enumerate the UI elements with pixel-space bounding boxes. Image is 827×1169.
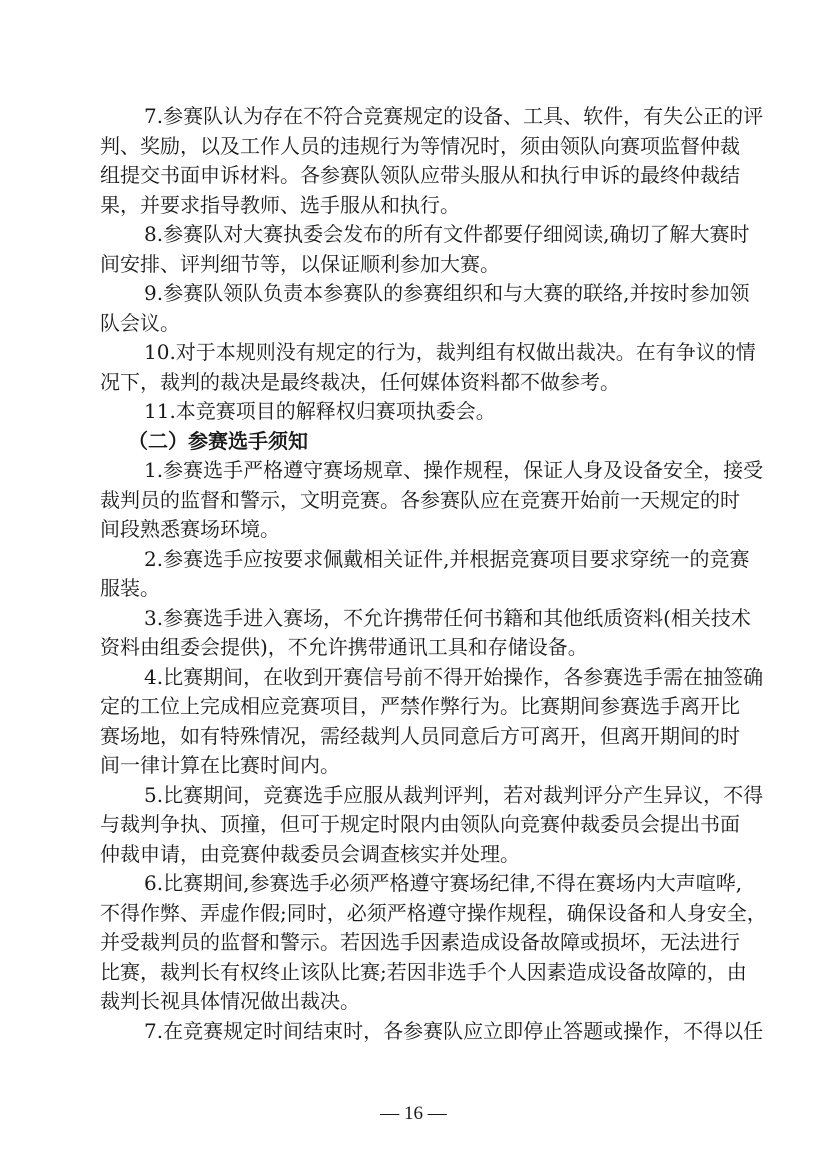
page-number: — 16 — (0, 1103, 827, 1125)
text-line: 资料由组委会提供)，不允许携带通讯工具和存储设备。 (100, 633, 730, 663)
text-line: 11.本竞赛项目的解释权归赛项执委会。 (100, 397, 730, 427)
text-line: 仲裁申请，由竞赛仲裁委员会调查核实并处理。 (100, 840, 730, 870)
text-line: 与裁判争执、顶撞，但可于规定时限内由领队向竞赛仲裁委员会提出书面 (100, 810, 730, 840)
section-heading: （二）参赛选手须知 (100, 427, 730, 457)
text-line: 7.在竞赛规定时间结束时，各参赛队应立即停止答题或操作，不得以任 (100, 1017, 730, 1047)
text-line: 7.参赛队认为存在不符合竞赛规定的设备、工具、软件，有失公正的评 (100, 102, 730, 132)
text-line: 间段熟悉赛场环境。 (100, 515, 730, 545)
text-line: 并受裁判员的监督和警示。若因选手因素造成设备故障或损坏，无法进行 (100, 928, 730, 958)
text-line: 9.参赛队领队负责本参赛队的参赛组织和与大赛的联络,并按时参加领 (100, 279, 730, 309)
text-line: 队会议。 (100, 309, 730, 339)
text-line: 间安排、评判细节等，以保证顺利参加大赛。 (100, 250, 730, 280)
text-line: 服装。 (100, 574, 730, 604)
document-body: 7.参赛队认为存在不符合竞赛规定的设备、工具、软件，有失公正的评判、奖励，以及工… (100, 102, 730, 1046)
text-line: 8.参赛队对大赛执委会发布的所有文件都要仔细阅读,确切了解大赛时 (100, 220, 730, 250)
text-line: 3.参赛选手进入赛场，不允许携带任何书籍和其他纸质资料(相关技术 (100, 604, 730, 634)
text-line: 比赛，裁判长有权终止该队比赛;若因非选手个人因素造成设备故障的，由 (100, 958, 730, 988)
text-line: 4.比赛期间，在收到开赛信号前不得开始操作，各参赛选手需在抽签确 (100, 663, 730, 693)
text-line: 间一律计算在比赛时间内。 (100, 751, 730, 781)
document-page: 7.参赛队认为存在不符合竞赛规定的设备、工具、软件，有失公正的评判、奖励，以及工… (0, 0, 827, 1169)
text-line: 5.比赛期间，竞赛选手应服从裁判评判，若对裁判评分产生异议，不得 (100, 781, 730, 811)
text-line: 1.参赛选手严格遵守赛场规章、操作规程，保证人身及设备安全，接受 (100, 456, 730, 486)
text-line: 赛场地，如有特殊情况，需经裁判人员同意后方可离开，但离开期间的时 (100, 722, 730, 752)
text-line: 不得作弊、弄虚作假;同时，必须严格遵守操作规程，确保设备和人身安全， (100, 899, 730, 929)
text-line: 组提交书面申诉材料。各参赛队领队应带头服从和执行申诉的最终仲裁结 (100, 161, 730, 191)
text-line: 定的工位上完成相应竞赛项目，严禁作弊行为。比赛期间参赛选手离开比 (100, 692, 730, 722)
text-line: 10.对于本规则没有规定的行为，裁判组有权做出裁决。在有争议的情 (100, 338, 730, 368)
text-line: 判、奖励，以及工作人员的违规行为等情况时，须由领队向赛项监督仲裁 (100, 132, 730, 162)
text-line: 果，并要求指导教师、选手服从和执行。 (100, 191, 730, 221)
text-line: 6.比赛期间,参赛选手必须严格遵守赛场纪律,不得在赛场内大声喧哗, (100, 869, 730, 899)
text-line: 裁判长视具体情况做出裁决。 (100, 987, 730, 1017)
text-line: 况下，裁判的裁决是最终裁决，任何媒体资料都不做参考。 (100, 368, 730, 398)
text-line: 裁判员的监督和警示，文明竞赛。各参赛队应在竞赛开始前一天规定的时 (100, 486, 730, 516)
text-line: 2.参赛选手应按要求佩戴相关证件,并根据竞赛项目要求穿统一的竞赛 (100, 545, 730, 575)
